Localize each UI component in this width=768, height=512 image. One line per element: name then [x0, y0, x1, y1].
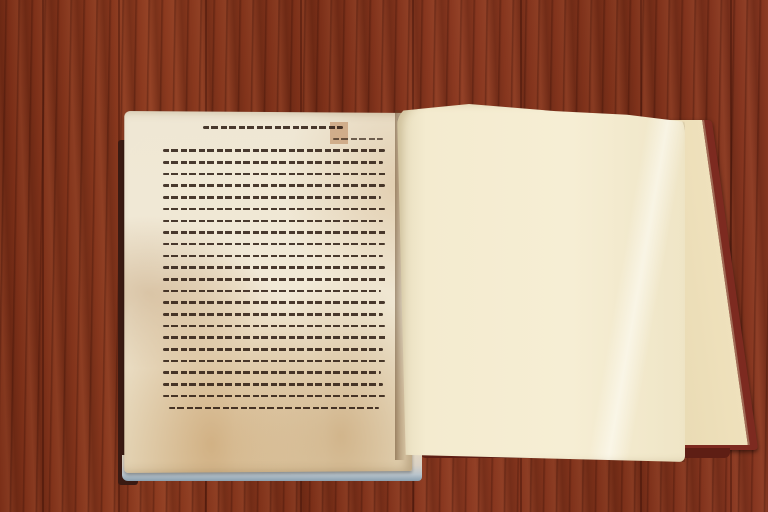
text-line	[163, 348, 383, 351]
text-line	[333, 138, 383, 141]
wood-grain	[42, 0, 44, 512]
text-line	[163, 173, 387, 176]
text-line	[163, 360, 385, 363]
arabic-manuscript-text	[163, 126, 391, 418]
text-line	[163, 149, 385, 152]
text-line	[163, 325, 385, 328]
text-line	[163, 336, 387, 339]
text-line	[203, 126, 343, 129]
text-line	[163, 301, 385, 304]
right-page-blank	[397, 104, 685, 462]
text-line	[163, 371, 381, 374]
text-line	[163, 278, 387, 281]
text-line	[163, 184, 385, 187]
text-line	[163, 243, 385, 246]
text-line	[163, 208, 385, 211]
text-line	[163, 395, 385, 398]
text-line	[163, 220, 383, 223]
text-line	[169, 407, 379, 410]
text-line	[163, 290, 381, 293]
text-line	[163, 313, 383, 316]
text-line	[163, 266, 385, 269]
text-line	[163, 161, 383, 164]
text-line	[163, 383, 383, 386]
text-line	[163, 196, 381, 199]
text-line	[163, 231, 387, 234]
wooden-table-background: Open antique Arabic manuscript resting o…	[0, 0, 768, 512]
text-line	[163, 255, 383, 258]
